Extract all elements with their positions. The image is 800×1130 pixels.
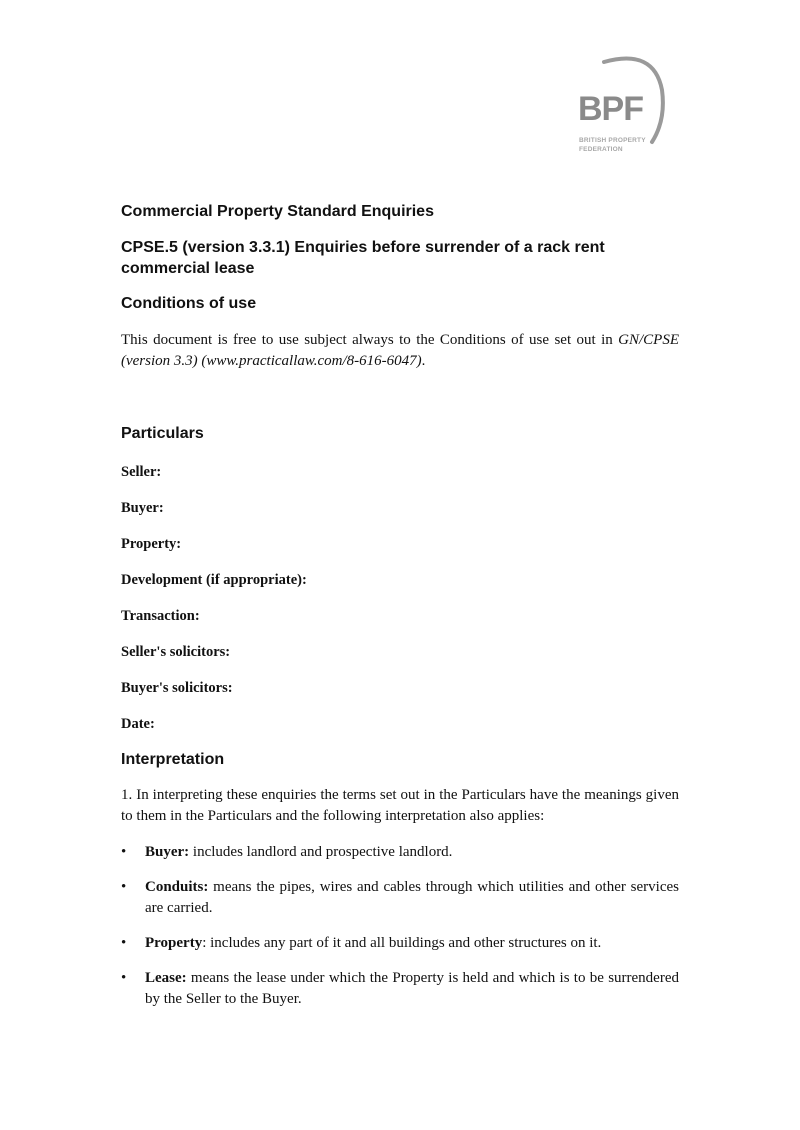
interpretation-heading: Interpretation (121, 749, 224, 770)
definition-buyer: •Buyer: includes landlord and prospectiv… (121, 842, 679, 863)
definition-text: : includes any part of it and all buildi… (202, 935, 601, 951)
definitions-list: •Buyer: includes landlord and prospectiv… (121, 842, 679, 1010)
particular-sellers-solicitors: Seller's solicitors: (121, 634, 307, 670)
interpretation-intro: 1. In interpreting these enquiries the t… (121, 785, 679, 827)
logo-mark: BPF (578, 90, 643, 129)
conditions-text-suffix: . (422, 353, 426, 369)
bullet-icon: • (121, 842, 126, 863)
definition-text: includes landlord and prospective landlo… (189, 844, 452, 860)
document-title: Commercial Property Standard Enquiries (121, 201, 434, 222)
conditions-text: This document is free to use subject alw… (121, 330, 679, 372)
bullet-icon: • (121, 933, 126, 954)
conditions-text-prefix: This document is free to use subject alw… (121, 332, 618, 348)
definition-text: means the lease under which the Property… (145, 970, 679, 1007)
particular-property: Property: (121, 526, 307, 562)
bullet-icon: • (121, 968, 126, 989)
definition-term: Property (145, 935, 202, 951)
bpf-logo: BPF BRITISH PROPERTY FEDERATION (566, 50, 676, 160)
document-subtitle: CPSE.5 (version 3.3.1) Enquiries before … (121, 237, 641, 279)
particular-date: Date: (121, 706, 307, 742)
particular-development: Development (if appropriate): (121, 562, 307, 598)
particulars-list: Seller: Buyer: Property: Development (if… (121, 454, 307, 742)
definition-term: Lease: (145, 970, 187, 986)
definition-property: •Property: includes any part of it and a… (121, 933, 679, 954)
conditions-heading: Conditions of use (121, 293, 256, 314)
particular-transaction: Transaction: (121, 598, 307, 634)
particular-buyers-solicitors: Buyer's solicitors: (121, 670, 307, 706)
logo-subtitle-line-2: FEDERATION (579, 145, 646, 154)
document-page: BPF BRITISH PROPERTY FEDERATION Commerci… (0, 0, 800, 1130)
definition-lease: •Lease: means the lease under which the … (121, 968, 679, 1010)
definition-term: Buyer: (145, 844, 189, 860)
definition-conduits: •Conduits: means the pipes, wires and ca… (121, 877, 679, 919)
particular-seller: Seller: (121, 454, 307, 490)
logo-subtitle: BRITISH PROPERTY FEDERATION (579, 136, 646, 154)
particulars-heading: Particulars (121, 423, 204, 444)
definition-term: Conduits: (145, 879, 208, 895)
definition-text: means the pipes, wires and cables throug… (145, 879, 679, 916)
bullet-icon: • (121, 877, 126, 898)
particular-buyer: Buyer: (121, 490, 307, 526)
logo-subtitle-line-1: BRITISH PROPERTY (579, 136, 646, 145)
